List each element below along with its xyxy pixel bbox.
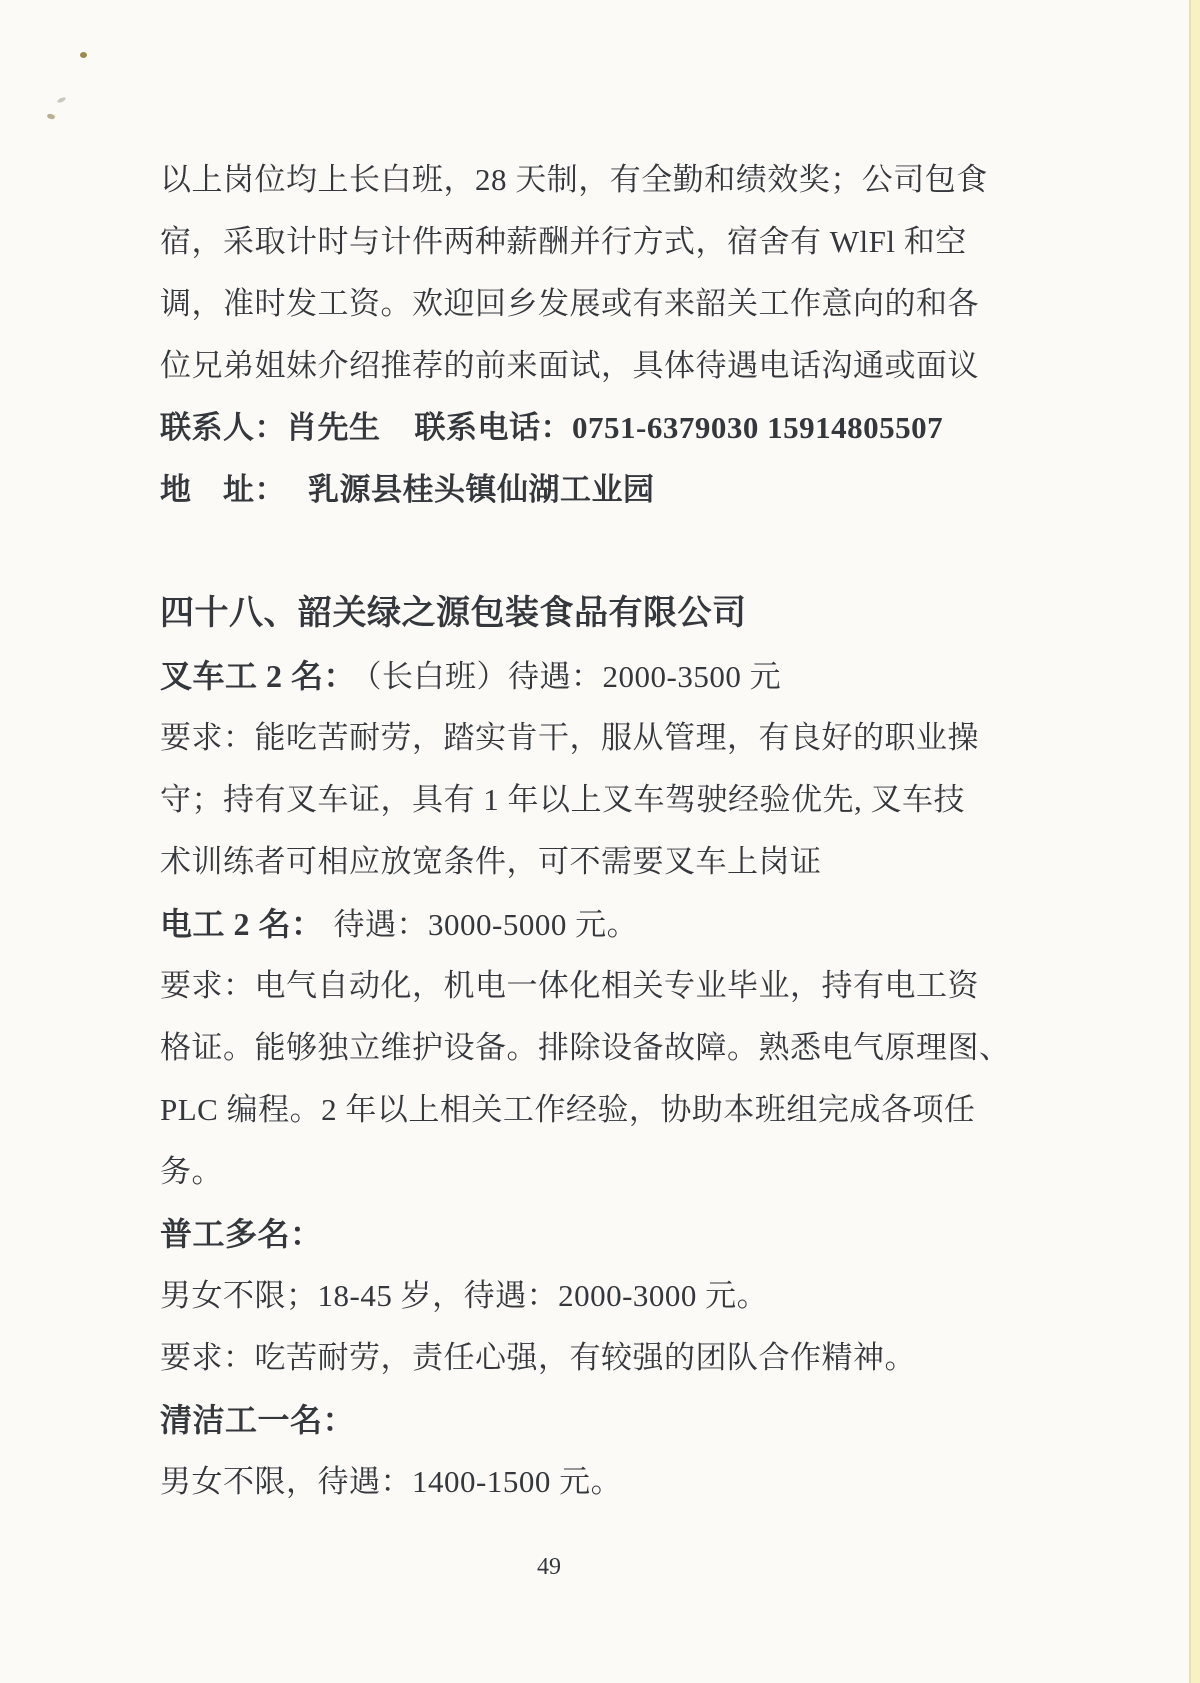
intro-line: 宿，采取计时与计件两种薪酬并行方式，宿舍有 WlFl 和空 — [160, 211, 938, 273]
company-heading: 四十八、韶关绿之源包装食品有限公司 — [160, 595, 747, 632]
address-line: 地 址：乳源县桂头镇仙湖工业园 — [160, 459, 938, 521]
job-requirement-line: 要求：吃苦耐劳，责任心强，有较强的团队合作精神。 — [160, 1327, 938, 1389]
contact-address: 乳源县桂头镇仙湖工业园 — [308, 472, 655, 507]
text-segment: 位兄弟姐妹介绍推荐的前来面试，具体待遇电话沟通或面议 — [160, 348, 979, 383]
text-segment: 宿，采取计时与计件两种薪酬并行方式，宿舍有 WlFl 和空 — [160, 224, 967, 259]
job-requirement-line: 务。 — [160, 1141, 938, 1203]
job-title-line: 叉车工 2 名：（长白班）待遇：2000-3500 元 — [160, 645, 938, 707]
job-requirement-line: 守；持有叉车证，具有 1 年以上叉车驾驶经验优先, 叉车技 — [160, 769, 938, 831]
text-segment: 男女不限，待遇：1400-1500 元。 — [160, 1464, 622, 1499]
job-title-line: 电工 2 名：待遇：3000-5000 元。 — [160, 893, 938, 955]
contact-person: 肖先生 — [286, 410, 381, 445]
text-segment: PLC 编程。2 年以上相关工作经验，协助本班组完成各项任 — [160, 1092, 975, 1127]
contact-address-label: 地 址： — [160, 472, 286, 507]
job-title: 叉车工 2 名： — [160, 658, 356, 694]
intro-line: 以上岗位均上长白班，28 天制，有全勤和绩效奖；公司包食 — [160, 149, 938, 211]
text-segment: 守；持有叉车证，具有 1 年以上叉车驾驶经验优先, 叉车技 — [160, 782, 965, 817]
job-title: 普工多名： — [160, 1216, 323, 1252]
contact-person-label: 联系人： — [160, 410, 286, 445]
job-title-line: 清洁工一名： — [160, 1389, 938, 1451]
scan-speck — [46, 113, 55, 120]
contact-phone: 0751-6379030 15914805507 — [572, 410, 943, 445]
scan-speck — [57, 96, 67, 103]
text-segment: 要求：吃苦耐劳，责任心强，有较强的团队合作精神。 — [160, 1340, 916, 1375]
contact-line: 联系人：肖先生联系电话：0751-6379030 15914805507 — [160, 397, 938, 459]
scan-speck — [80, 52, 87, 58]
intro-line: 位兄弟姐妹介绍推荐的前来面试，具体待遇电话沟通或面议 — [160, 335, 938, 397]
page-number: 49 — [160, 1552, 938, 1582]
text-segment: 格证。能够独立维护设备。排除设备故障。熟悉电气原理图、 — [160, 1030, 1011, 1065]
job-requirement-line: 要求：电气自动化，机电一体化相关专业毕业，持有电工资 — [160, 955, 938, 1017]
intro-line: 调，准时发工资。欢迎回乡发展或有来韶关工作意向的和各 — [160, 273, 938, 335]
job-title: 电工 2 名： — [160, 906, 324, 942]
text-segment: 男女不限；18-45 岁，待遇：2000-3000 元。 — [160, 1278, 768, 1313]
job-requirement-line: PLC 编程。2 年以上相关工作经验，协助本班组完成各项任 — [160, 1079, 938, 1141]
job-detail: （长白班）待遇：2000-3500 元 — [366, 659, 781, 694]
scan-page-edge — [1189, 0, 1200, 1683]
text-segment: 要求：能吃苦耐劳，踏实肯干，服从管理，有良好的职业操 — [160, 720, 979, 755]
document-body: 以上岗位均上长白班，28 天制，有全勤和绩效奖；公司包食宿，采取计时与计件两种薪… — [160, 149, 938, 1513]
job-requirement-line: 格证。能够独立维护设备。排除设备故障。熟悉电气原理图、 — [160, 1017, 938, 1079]
text-segment: 调，准时发工资。欢迎回乡发展或有来韶关工作意向的和各 — [160, 286, 979, 321]
job-requirement-line: 要求：能吃苦耐劳，踏实肯干，服从管理，有良好的职业操 — [160, 707, 938, 769]
job-detail: 待遇：3000-5000 元。 — [334, 907, 639, 942]
text-segment: 务。 — [160, 1154, 223, 1189]
text-segment: 术训练者可相应放宽条件，可不需要叉车上岗证 — [160, 844, 822, 879]
job-title-line: 普工多名： — [160, 1203, 938, 1265]
text-segment: 以上岗位均上长白班，28 天制，有全勤和绩效奖；公司包食 — [160, 162, 988, 197]
contact-phone-label: 联系电话： — [415, 410, 573, 445]
company-heading-line: 四十八、韶关绿之源包装食品有限公司 — [160, 583, 938, 645]
job-title: 清洁工一名： — [160, 1402, 355, 1438]
job-requirement-line: 男女不限；18-45 岁，待遇：2000-3000 元。 — [160, 1265, 938, 1327]
job-requirement-line: 术训练者可相应放宽条件，可不需要叉车上岗证 — [160, 831, 938, 893]
text-segment: 要求：电气自动化，机电一体化相关专业毕业，持有电工资 — [160, 968, 979, 1003]
job-requirement-line: 男女不限，待遇：1400-1500 元。 — [160, 1451, 938, 1513]
